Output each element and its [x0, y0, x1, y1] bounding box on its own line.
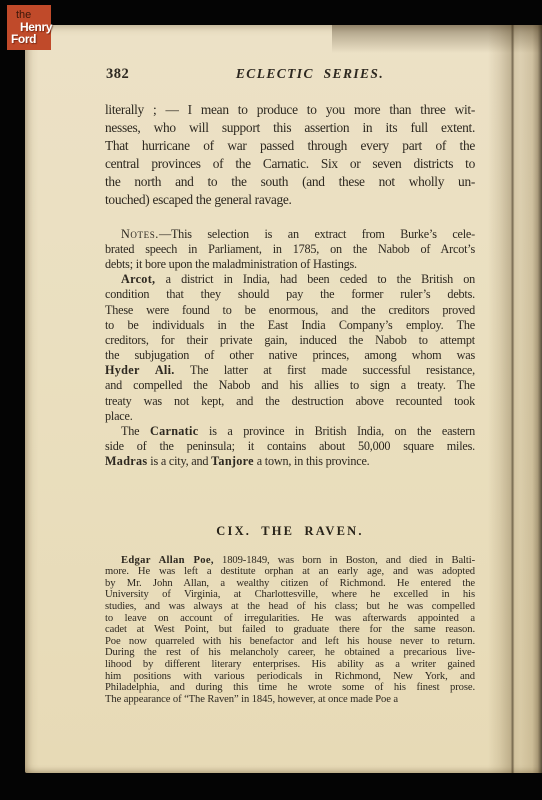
- book-page: 382 ECLECTIC SERIES. literally ; — I mea…: [25, 25, 542, 773]
- text-line: by Mr. John Allan, a wealthy citizen of …: [105, 578, 475, 590]
- section-heading: CIX. THE RAVEN.: [105, 524, 475, 539]
- logo-ford: Ford: [11, 32, 36, 46]
- text-line: treaty was not kept, and the destruction…: [105, 394, 475, 409]
- excerpt-paragraph: literally ; — I mean to produce to you m…: [105, 101, 475, 210]
- text-line: side of the peninsula; it contains about…: [105, 439, 475, 454]
- page-content: 382 ECLECTIC SERIES. literally ; — I mea…: [105, 25, 475, 705]
- text-line: literally ; — I mean to produce to you m…: [105, 101, 475, 119]
- scan-background: 382 ECLECTIC SERIES. literally ; — I mea…: [0, 0, 542, 800]
- text-line: debts; it bore upon the maladministratio…: [105, 257, 475, 272]
- text-line: Edgar Allan Poe, 1809-1849, was born in …: [105, 555, 475, 567]
- text-line: to be individuals in the East India Comp…: [105, 318, 475, 333]
- henry-ford-logo: the Henry Ford: [7, 5, 51, 50]
- text-line: Poe now quarreled with his benefactor an…: [105, 636, 475, 648]
- running-head: ECLECTIC SERIES.: [105, 66, 475, 82]
- text-line: the north and to the south (and these no…: [105, 173, 475, 191]
- text-line: place.: [105, 409, 475, 424]
- text-line: Hyder Ali. The latter at first made succ…: [105, 363, 475, 378]
- text-line: That hurricane of war passed through eve…: [105, 137, 475, 155]
- text-line: During the rest of his melancholy career…: [105, 647, 475, 659]
- text-line: The appearance of “The Raven” in 1845, h…: [105, 694, 475, 706]
- text-line: creditors, for their private gain, induc…: [105, 333, 475, 348]
- text-line: nesses, who will support this assertion …: [105, 119, 475, 137]
- text-line: lihood by different literary enterprises…: [105, 659, 475, 671]
- text-line: studies, and was always at the head of h…: [105, 601, 475, 613]
- text-line: condition that they should pay the forme…: [105, 287, 475, 302]
- text-line: Arcot, a district in India, had been ced…: [105, 272, 475, 287]
- text-line: Notes.—This selection is an extract from…: [105, 227, 475, 242]
- text-line: The Carnatic is a province in British In…: [105, 424, 475, 439]
- text-line: brated speech in Parliament, in 1785, on…: [105, 242, 475, 257]
- page-header: 382 ECLECTIC SERIES.: [105, 66, 475, 86]
- text-line: more. He was left a destitute orphan at …: [105, 566, 475, 578]
- text-line: and compelled the Nabob and his allies t…: [105, 378, 475, 393]
- text-line: touched) escaped the general ravage.: [105, 191, 475, 209]
- text-line: These were found to be enormous, and the…: [105, 303, 475, 318]
- text-line: the subjugation of other native princes,…: [105, 348, 475, 363]
- notes-section: Notes.—This selection is an extract from…: [105, 227, 475, 470]
- page-number: 382: [106, 66, 129, 83]
- poe-biography: Edgar Allan Poe, 1809-1849, was born in …: [105, 555, 475, 706]
- text-line: University of Virginia, at Charlottesvil…: [105, 589, 475, 601]
- text-line: cadet at West Point, but failed to gradu…: [105, 624, 475, 636]
- text-line: him positions with various periodicals i…: [105, 671, 475, 683]
- text-line: Madras is a city, and Tanjore a town, in…: [105, 454, 475, 469]
- text-line: Philadelphia, and during this time he wr…: [105, 682, 475, 694]
- book-fore-edge: [488, 25, 542, 773]
- text-line: central provinces of the Carnatic. Six o…: [105, 155, 475, 173]
- text-line: to leave on account of irregularities. H…: [105, 613, 475, 625]
